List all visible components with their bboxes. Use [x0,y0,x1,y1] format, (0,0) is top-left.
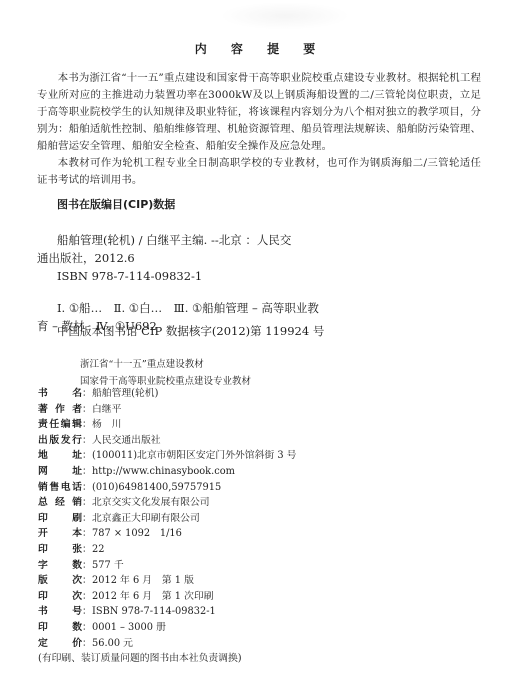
info-value: 北京交实文化发展有限公司 [90,495,210,511]
info-key: 著作者 [38,402,82,418]
info-value: 白继平 [90,402,121,418]
info-colon: ： [82,402,90,418]
info-colon: ： [82,573,90,589]
info-key-char: 辑 [72,417,82,433]
info-value: 22 [90,542,104,558]
info-key-char: 印 [38,589,48,605]
info-key-char: 价 [72,636,82,652]
info-key-char: 开 [38,526,48,542]
info-row: 出版发行：人民交通出版社 [38,433,296,449]
info-key-char: 版 [38,573,48,589]
info-key-char: 印 [38,620,48,636]
info-colon: ： [82,636,90,652]
info-key-char: 出 [38,433,48,449]
info-colon: ： [82,620,90,636]
info-key: 开本 [38,526,82,542]
info-value: (010)64981400,59757915 [90,480,221,496]
summary-body: 本书为浙江省“十一五”重点建设和国家骨干高等职业院校重点建设专业教材。根据轮机工… [37,70,481,189]
cip-data: 船舶管理(轮机) / 白继平主编. --北京 ：人民交 通出版社，2012.6 … [37,231,357,335]
cip-record-number: 中国版本图书馆 CIP 数据核字(2012)第 119924 号 [57,323,324,339]
scan-smudge [220,2,350,30]
info-key: 字数 [38,558,82,574]
info-colon: ： [82,511,90,527]
info-value: (100011)北京市朝阳区安定门外外馆斜街 3 号 [90,448,296,464]
info-key-char: 销 [72,495,82,511]
info-row: 印张：22 [38,542,296,558]
info-key: 印刷 [38,511,82,527]
info-key: 地址 [38,448,82,464]
info-row: 开本：787 × 1092 1/16 [38,526,296,542]
info-colon: ： [82,604,90,620]
info-key-char: 址 [72,464,82,480]
cip-line: Ⅰ. ①船… Ⅱ. ①白… Ⅲ. ①船舶管理 – 高等职业教 [37,299,357,317]
info-colon: ： [82,417,90,433]
info-colon: ： [82,480,90,496]
info-key: 印张 [38,542,82,558]
info-key: 责任编辑 [38,417,82,433]
cip-line: ISBN 978-7-114-09832-1 [37,267,357,285]
info-key-char: 发 [61,433,71,449]
info-key-char: 张 [72,542,82,558]
info-colon: ： [82,558,90,574]
info-row: 书号：ISBN 978-7-114-09832-1 [38,604,296,620]
info-row: 地址：(100011)北京市朝阳区安定门外外馆斜街 3 号 [38,448,296,464]
info-key-char: 作 [55,402,65,418]
summary-paragraph: 本书为浙江省“十一五”重点建设和国家骨干高等职业院校重点建设专业教材。根据轮机工… [37,70,481,155]
info-colon: ： [82,495,90,511]
info-key: 出版发行 [38,433,82,449]
info-value: 北京鑫正大印刷有限公司 [90,511,200,527]
info-key: 书号 [38,604,82,620]
info-key-char: 刷 [72,511,82,527]
info-value: http://www.chinasybook.com [90,464,235,480]
info-value: 2012 年 6 月 第 1 次印刷 [90,589,214,605]
series-labels: 浙江省“十一五”重点建设教材 国家骨干高等职业院校重点建设专业教材 [80,356,251,390]
info-key: 印次 [38,589,82,605]
info-value: 577 千 [90,558,124,574]
info-key: 版次 [38,573,82,589]
summary-paragraph: 本教材可作为轮机工程专业全日制高职学校的专业教材，也可作为钢质海船二/三管轮适任… [37,155,481,189]
info-key-char: 电 [61,480,71,496]
summary-title: 内 容 提 要 [0,40,520,57]
cip-title: 图书在版编目(CIP)数据 [57,196,175,212]
info-key-char: 字 [38,558,48,574]
info-colon: ： [82,433,90,449]
info-colon: ： [82,386,90,402]
info-key-char: 号 [72,604,82,620]
cip-line: 船舶管理(轮机) / 白继平主编. --北京 ：人民交 [37,231,357,249]
info-key-char: 总 [38,495,48,511]
info-key-char: 书 [38,386,48,402]
info-row: 责任编辑：杨 川 [38,417,296,433]
info-key-char: 次 [72,589,82,605]
info-key-char: 者 [72,402,82,418]
info-key-char: 本 [72,526,82,542]
info-row: 定价：56.00 元 [38,636,296,652]
info-value: 杨 川 [90,417,121,433]
info-value: 人民交通出版社 [90,433,161,449]
info-key: 网址 [38,464,82,480]
cip-line: 通出版社，2012.6 [37,249,357,267]
info-key-char: 印 [38,542,48,558]
info-key-char: 址 [72,448,82,464]
info-value: 0001 – 3000 册 [90,620,166,636]
info-key-char: 销 [38,480,48,496]
info-key-char: 责 [38,417,48,433]
info-row: 销售电话：(010)64981400,59757915 [38,480,296,496]
info-key: 书名 [38,386,82,402]
info-colon: ： [82,589,90,605]
info-key-char: 定 [38,636,48,652]
info-row: 印次：2012 年 6 月 第 1 次印刷 [38,589,296,605]
info-key-char: 编 [61,417,71,433]
info-row: 印刷：北京鑫正大印刷有限公司 [38,511,296,527]
info-value: 787 × 1092 1/16 [90,526,182,542]
info-row: 版次：2012 年 6 月 第 1 版 [38,573,296,589]
info-row: 印数：0001 – 3000 册 [38,620,296,636]
info-key-char: 数 [72,558,82,574]
info-key-char: 书 [38,604,48,620]
info-value: ISBN 978-7-114-09832-1 [90,604,216,620]
copyright-page: 内 容 提 要 本书为浙江省“十一五”重点建设和国家骨干高等职业院校重点建设专业… [0,0,520,695]
info-row: 字数：577 千 [38,558,296,574]
info-key-char: 名 [72,386,82,402]
info-value: 船舶管理(轮机) [90,386,158,402]
publication-info: 书名：船舶管理(轮机)著作者：白继平责任编辑：杨 川出版发行：人民交通出版社地址… [38,386,296,667]
info-row: 总经销：北京交实文化发展有限公司 [38,495,296,511]
info-key-char: 行 [72,433,82,449]
info-key-char: 话 [72,480,82,496]
quality-note: (有印刷、装订质量问题的图书由本社负责调换) [38,651,296,667]
info-key-char: 印 [38,511,48,527]
info-colon: ： [82,464,90,480]
info-key-char: 网 [38,464,48,480]
info-key: 定价 [38,636,82,652]
info-row: 书名：船舶管理(轮机) [38,386,296,402]
info-key: 印数 [38,620,82,636]
info-colon: ： [82,448,90,464]
series-label: 浙江省“十一五”重点建设教材 [80,356,251,373]
info-row: 著作者：白继平 [38,402,296,418]
info-row: 网址：http://www.chinasybook.com [38,464,296,480]
info-key: 销售电话 [38,480,82,496]
info-key-char: 次 [72,573,82,589]
info-value: 2012 年 6 月 第 1 版 [90,573,194,589]
info-key-char: 地 [38,448,48,464]
info-colon: ： [82,542,90,558]
info-key-char: 数 [72,620,82,636]
info-value: 56.00 元 [90,636,133,652]
info-colon: ： [82,526,90,542]
info-key: 总经销 [38,495,82,511]
info-key-char: 版 [49,433,59,449]
info-key-char: 售 [49,480,59,496]
info-key-char: 任 [49,417,59,433]
info-key-char: 著 [38,402,48,418]
info-key-char: 经 [55,495,65,511]
